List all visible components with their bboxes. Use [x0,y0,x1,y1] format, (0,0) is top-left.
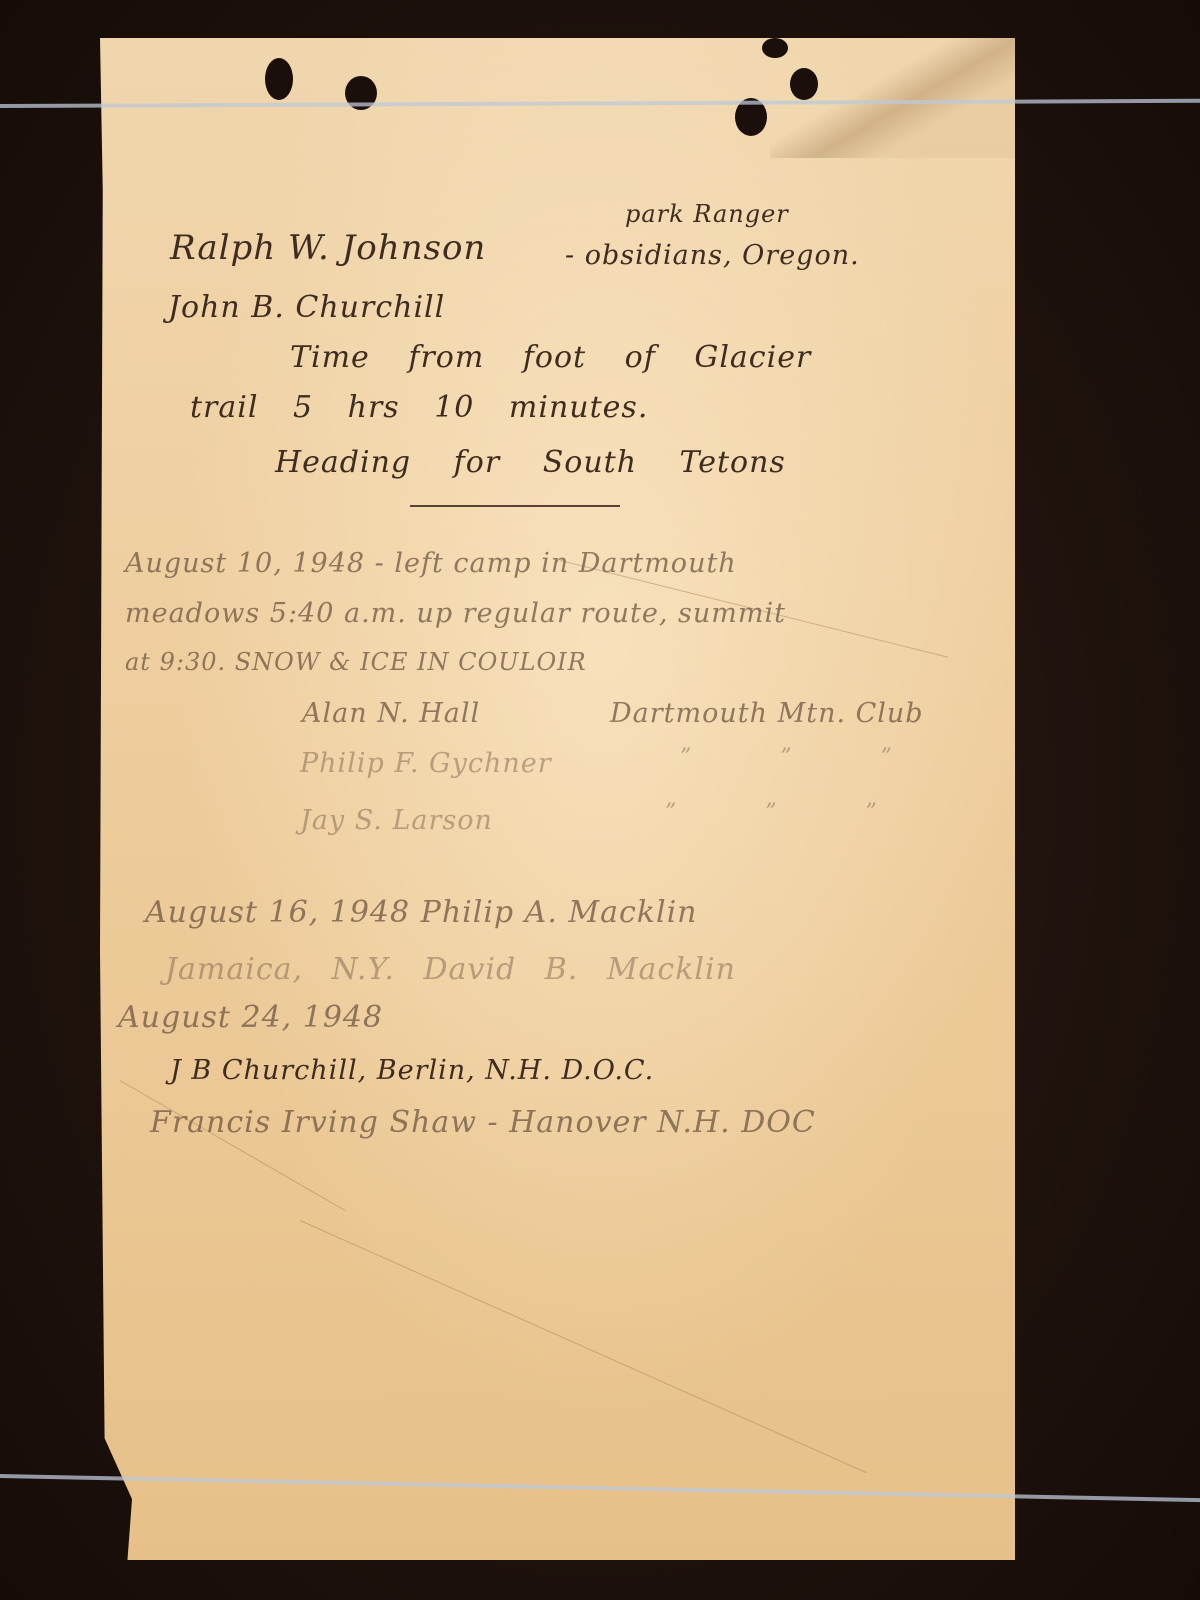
entry-line: Jamaica, N.Y. David B. Macklin [165,952,736,987]
entry-line: meadows 5:40 a.m. up regular route, summ… [125,598,786,629]
party-member-name: Philip F. Gychner [300,748,552,779]
entry-name: Ralph W. Johnson [170,228,486,268]
entry-line: Francis Irving Shaw - Hanover N.H. DOC [150,1105,816,1140]
entry-companion: John B. Churchill [168,290,445,325]
entry-line: August 16, 1948 Philip A. Macklin [145,895,698,930]
entry-date: August 24, 1948 [118,1000,383,1035]
entry-note: Time from foot of Glacier [290,340,811,375]
entry-line: J B Churchill, Berlin, N.H. D.O.C. [170,1055,654,1086]
entry-line: at 9:30. SNOW & ICE IN COULOIR [125,648,587,676]
binder-hole [790,68,818,100]
party-member-club: ” ” ” [680,745,893,770]
entry-annotation: park Ranger [625,200,789,228]
entry-line: August 10, 1948 - left camp in Dartmouth [125,548,737,579]
party-member-name: Jay S. Larson [300,805,493,836]
entry-divider [410,505,620,507]
party-member-club: Dartmouth Mtn. Club [610,698,924,729]
entry-note: Heading for South Tetons [275,445,786,480]
party-member-name: Alan N. Hall [302,698,480,729]
binder-hole [762,38,788,58]
entry-note: trail 5 hrs 10 minutes. [190,390,648,425]
binder-hole [265,58,293,100]
entry-affiliation: - obsidians, Oregon. [565,240,860,271]
party-member-club: ” ” ” [665,800,878,825]
